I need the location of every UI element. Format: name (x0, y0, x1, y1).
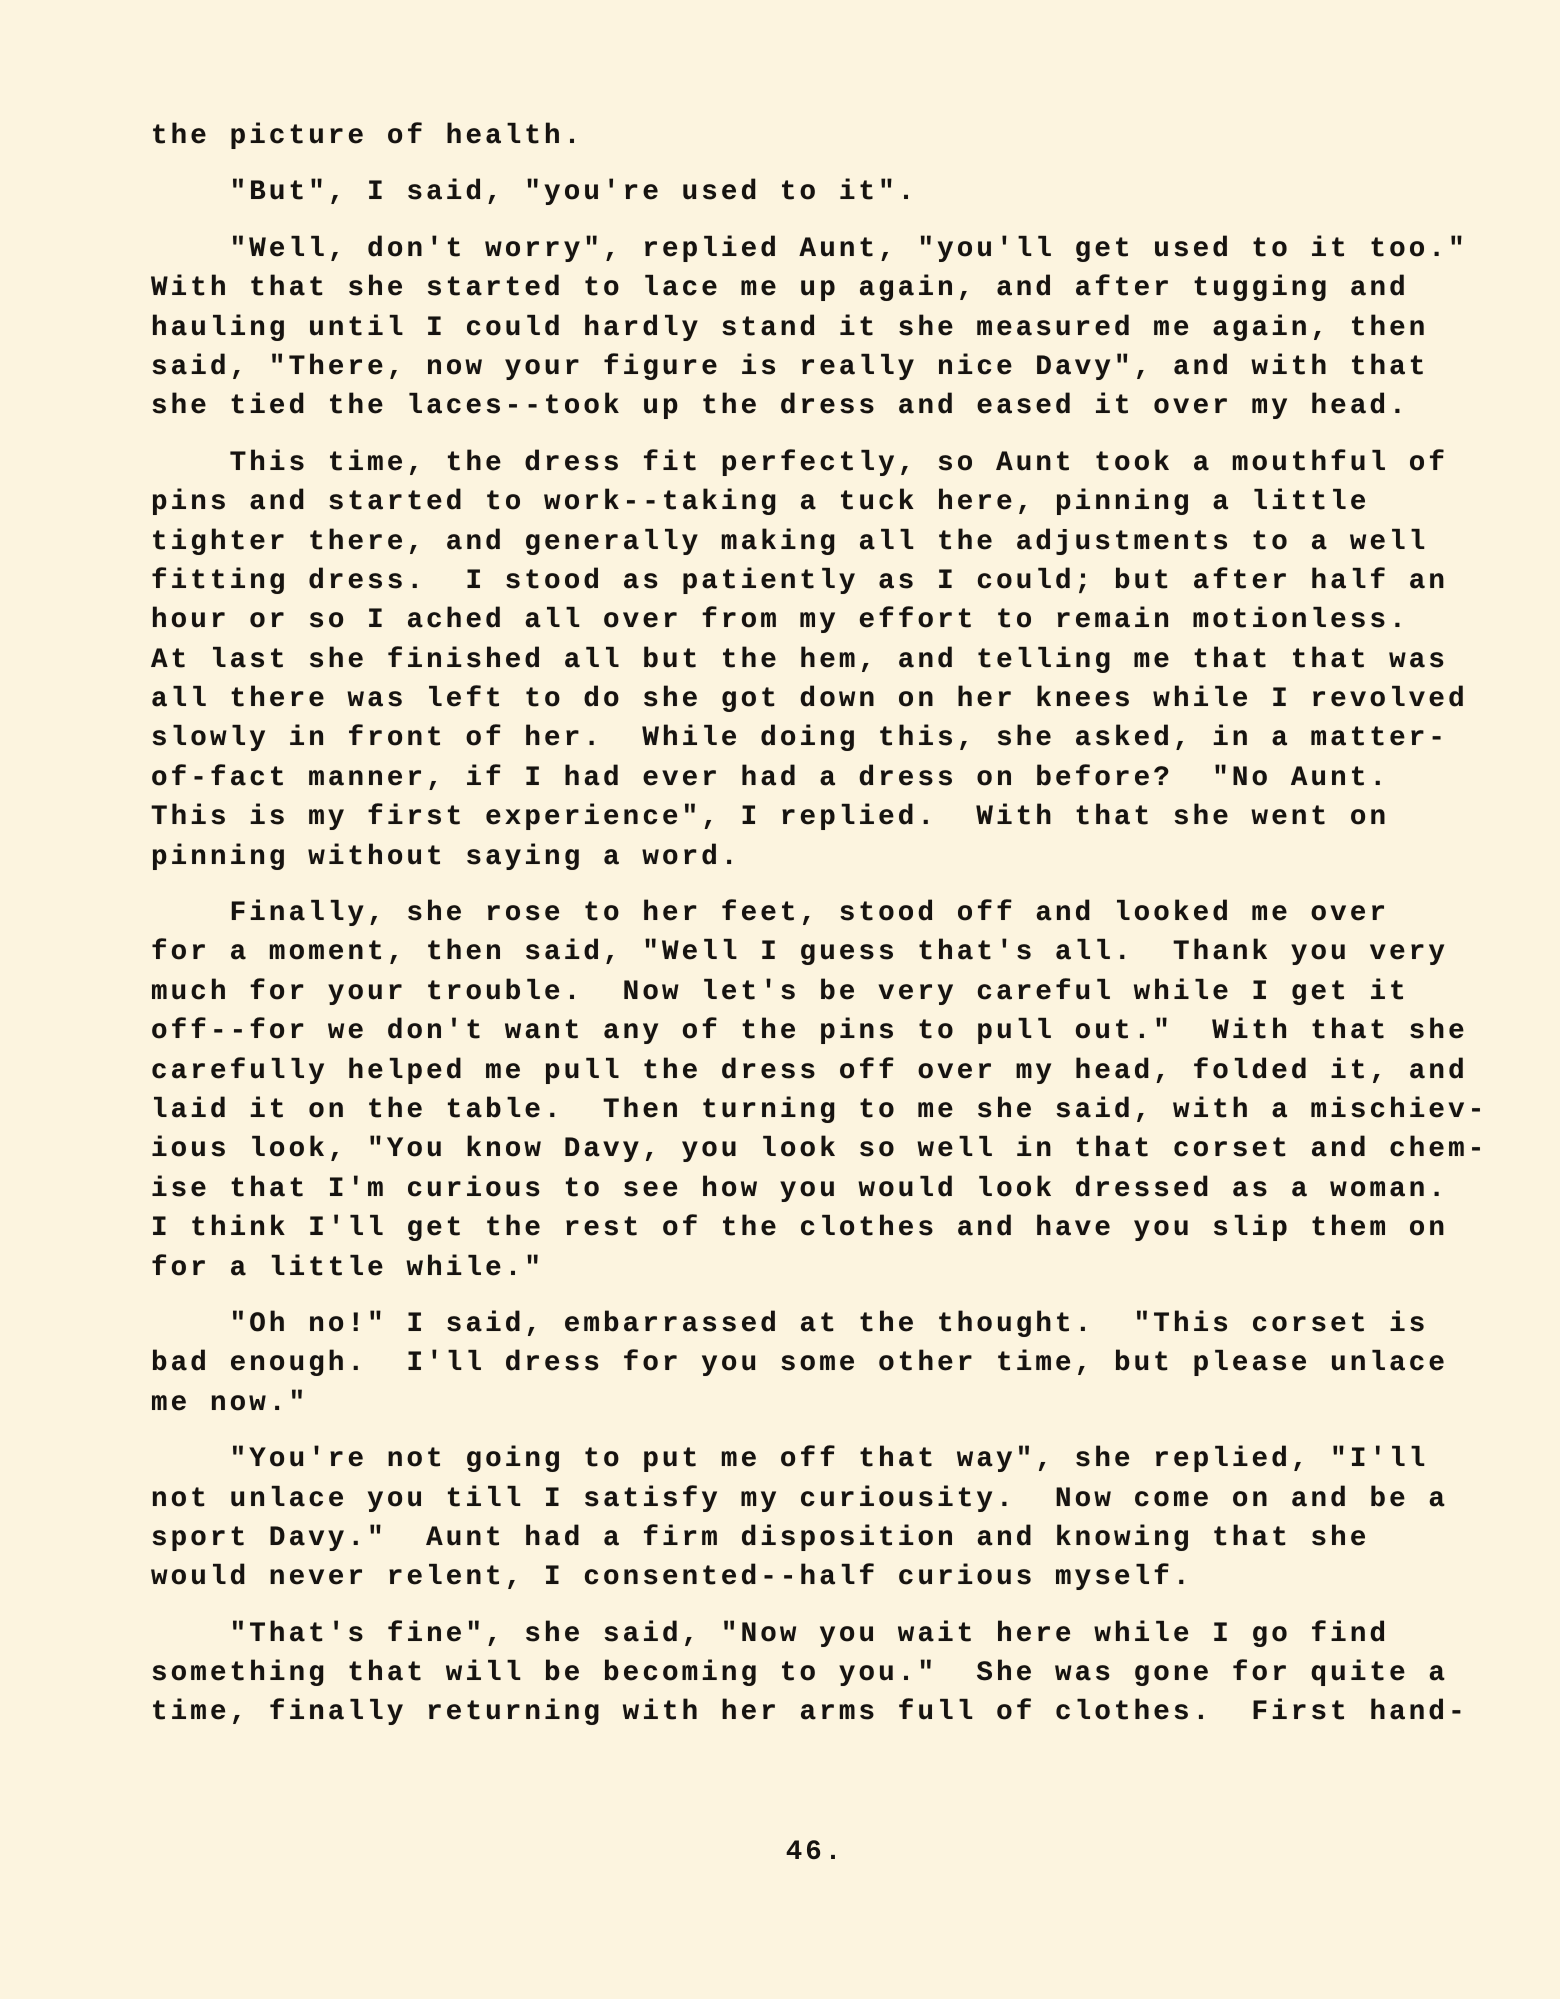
text-line: hour or so I ached all over from my effo… (151, 601, 1551, 640)
text-line: much for your trouble. Now let's be very… (151, 973, 1551, 1012)
text-line: she tied the laces--took up the dress an… (151, 387, 1551, 426)
document-body: the picture of health. "But", I said, "y… (151, 117, 1551, 1733)
text-line: I think I'll get the rest of the clothes… (151, 1209, 1551, 1248)
text-line: "You're not going to put me off that way… (151, 1440, 1551, 1479)
text-line: At last she finished all but the hem, an… (151, 641, 1551, 680)
text-line: the picture of health. (151, 117, 1551, 156)
text-line: all there was left to do she got down on… (151, 680, 1551, 719)
text-line: laid it on the table. Then turning to me… (151, 1091, 1551, 1130)
text-line: This time, the dress fit perfectly, so A… (151, 444, 1551, 483)
text-line: pins and started to work--taking a tuck … (151, 483, 1551, 522)
paragraph: This time, the dress fit perfectly, so A… (151, 444, 1551, 877)
text-line: ise that I'm curious to see how you woul… (151, 1170, 1551, 1209)
text-line: fitting dress. I stood as patiently as I… (151, 562, 1551, 601)
paragraph: "You're not going to put me off that way… (151, 1440, 1551, 1598)
text-line: off--for we don't want any of the pins t… (151, 1012, 1551, 1051)
text-line: something that will be becoming to you."… (151, 1654, 1551, 1693)
text-line: sport Davy." Aunt had a firm disposition… (151, 1519, 1551, 1558)
text-line: hauling until I could hardly stand it sh… (151, 309, 1551, 348)
text-line: "Well, don't worry", replied Aunt, "you'… (151, 230, 1551, 269)
text-line: slowly in front of her. While doing this… (151, 719, 1551, 758)
text-line: said, "There, now your figure is really … (151, 348, 1551, 387)
text-line: "Oh no!" I said, embarrassed at the thou… (151, 1305, 1551, 1344)
text-line: With that she started to lace me up agai… (151, 269, 1551, 308)
text-line: tighter there, and generally making all … (151, 523, 1551, 562)
text-line: me now." (151, 1384, 1551, 1423)
paragraph: "But", I said, "you're used to it". (151, 173, 1551, 212)
text-line: not unlace you till I satisfy my curious… (151, 1480, 1551, 1519)
text-line: for a little while." (151, 1249, 1551, 1288)
text-line: bad enough. I'll dress for you some othe… (151, 1344, 1551, 1383)
text-line: would never relent, I consented--half cu… (151, 1558, 1551, 1597)
text-line: "That's fine", she said, "Now you wait h… (151, 1615, 1551, 1654)
text-line: carefully helped me pull the dress off o… (151, 1052, 1551, 1091)
paragraph: "That's fine", she said, "Now you wait h… (151, 1615, 1551, 1733)
paragraph: "Oh no!" I said, embarrassed at the thou… (151, 1305, 1551, 1423)
text-line: for a moment, then said, "Well I guess t… (151, 933, 1551, 972)
paragraph: the picture of health. (151, 117, 1551, 156)
text-line: "But", I said, "you're used to it". (151, 173, 1551, 212)
page-number: 46. (0, 1837, 1560, 1868)
text-line: of-fact manner, if I had ever had a dres… (151, 759, 1551, 798)
text-line: Finally, she rose to her feet, stood off… (151, 894, 1551, 933)
paragraph: "Well, don't worry", replied Aunt, "you'… (151, 230, 1551, 427)
text-line: This is my first experience", I replied.… (151, 798, 1551, 837)
paragraph: Finally, she rose to her feet, stood off… (151, 894, 1551, 1288)
text-line: pinning without saying a word. (151, 838, 1551, 877)
text-line: time, finally returning with her arms fu… (151, 1693, 1551, 1732)
text-line: ious look, "You know Davy, you look so w… (151, 1130, 1551, 1169)
